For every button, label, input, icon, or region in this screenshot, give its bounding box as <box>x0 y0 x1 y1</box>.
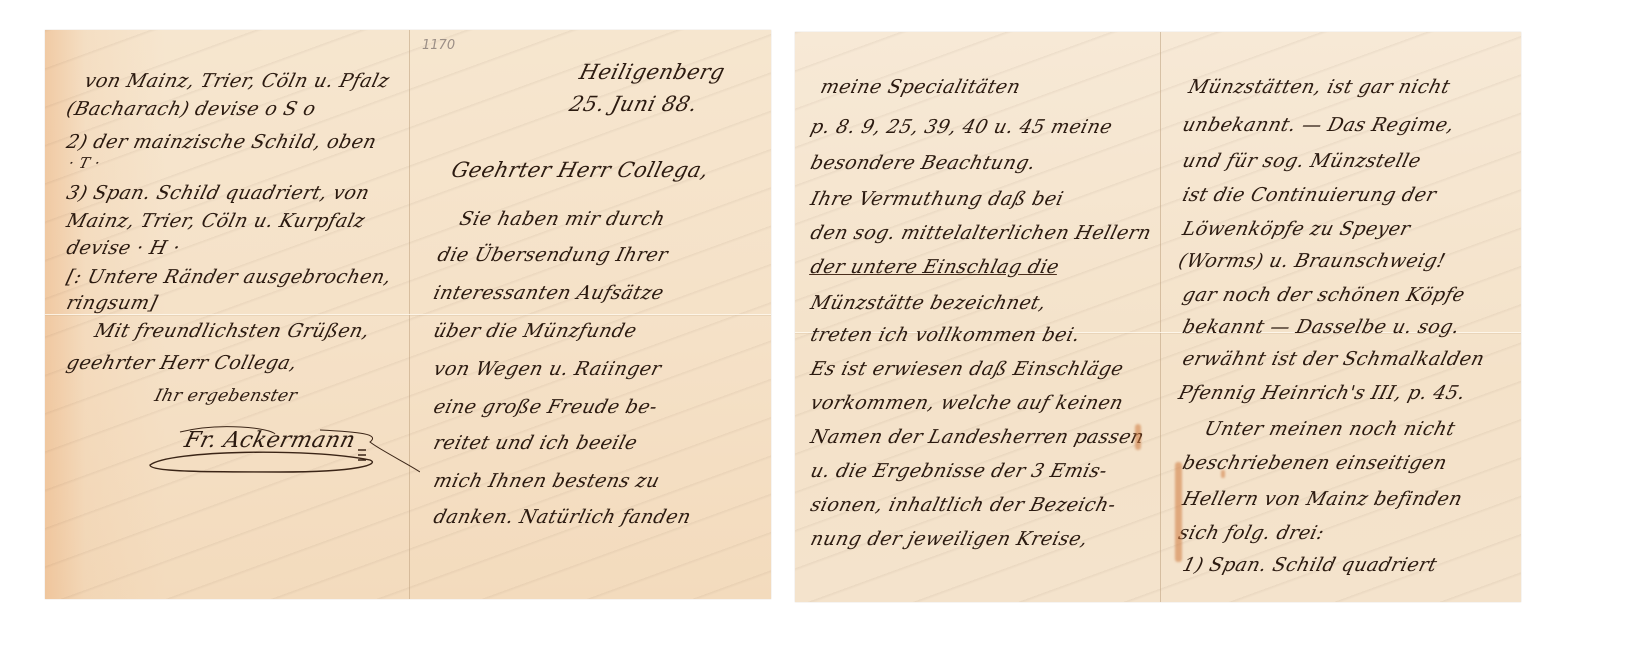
text-line: meine Specialitäten <box>818 76 1023 98</box>
text-line: ringsum] <box>64 292 160 314</box>
text-line: gar noch der schönen Köpfe <box>1180 284 1467 306</box>
text-line: besondere Beachtung. <box>808 152 1038 174</box>
text-line: Löwenköpfe zu Speyer <box>1180 218 1413 240</box>
text-line: 3) Span. Schild quadriert, von <box>64 182 372 204</box>
text-line: sich folg. drei: <box>1176 522 1326 544</box>
text-line: reitet und ich beeile <box>431 432 640 454</box>
text-line: p. 8. 9, 25, 39, 40 u. 45 meine <box>808 116 1115 138</box>
text-line: Pfennig Heinrich's III, p. 45. <box>1176 382 1468 404</box>
text-line: devise · H · <box>64 237 182 259</box>
letter-salutation: Geehrter Herr Collega, <box>449 158 711 182</box>
text-line: nung der jeweiligen Kreise, <box>808 528 1090 550</box>
ink-stain <box>1135 424 1141 450</box>
text-line: mich Ihnen bestens zu <box>431 470 662 492</box>
text-line: Münzstätte bezeichnet, <box>808 292 1048 314</box>
text-line: erwähnt ist der Schmalkalden <box>1180 348 1487 370</box>
text-line: treten ich vollkommen bei. <box>808 324 1082 346</box>
text-line: von Mainz, Trier, Cöln u. Pfalz <box>82 70 392 92</box>
text-line: Münzstätten, ist gar nicht <box>1186 76 1452 98</box>
text-line: sionen, inhaltlich der Bezeich- <box>808 494 1118 516</box>
text-line: Hellern von Mainz befinden <box>1180 488 1464 510</box>
text-line: (Bacharach) devise o S o <box>64 98 318 120</box>
text-line: unbekannt. — Das Regime, <box>1180 114 1456 136</box>
text-line: Namen der Landesherren passen <box>808 426 1146 448</box>
closing-line: geehrter Herr Collega, <box>64 352 299 374</box>
ink-stain <box>1175 462 1182 562</box>
page-a: von Mainz, Trier, Cöln u. Pfalz (Bachara… <box>45 30 409 599</box>
text-line: Sie haben mir durch <box>457 208 667 230</box>
page-c: meine Specialitäten p. 8. 9, 25, 39, 40 … <box>795 32 1160 602</box>
signature-flourish-icon <box>130 420 420 480</box>
text-line: eine große Freude be- <box>431 396 659 418</box>
text-line: die Übersendung Ihrer <box>435 244 670 266</box>
text-line: · T · <box>67 154 103 172</box>
text-line: [: Untere Ränder ausgebrochen, <box>64 266 393 288</box>
text-line: 1) Span. Schild quadriert <box>1180 554 1439 576</box>
letter-sheet-right: meine Specialitäten p. 8. 9, 25, 39, 40 … <box>795 32 1521 602</box>
text-line: Unter meinen noch nicht <box>1202 418 1457 440</box>
text-line: u. die Ergebnisse der 3 Emis- <box>808 460 1109 482</box>
text-line: über die Münzfunde <box>431 320 639 342</box>
text-line: Ihre Vermuthung daß bei <box>808 188 1066 210</box>
text-line: danken. Natürlich fanden <box>431 506 693 528</box>
closing-line: Mit freundlichsten Grüßen, <box>92 320 372 342</box>
text-line: Es ist erwiesen daß Einschläge <box>808 358 1126 380</box>
ink-stain <box>1221 470 1225 478</box>
archive-number: 1170 <box>422 38 455 53</box>
text-line: (Worms) u. Braunschweig! <box>1176 250 1448 272</box>
text-line: vorkommen, welche auf keinen <box>808 392 1125 414</box>
text-line: ist die Continuierung der <box>1180 184 1438 206</box>
closing-line: Ihr ergebenster <box>153 386 300 406</box>
page-d: Münzstätten, ist gar nicht unbekannt. — … <box>1161 32 1521 602</box>
letter-sheet-left: von Mainz, Trier, Cöln u. Pfalz (Bachara… <box>45 30 771 599</box>
text-line: bekannt — Dasselbe u. sog. <box>1180 316 1462 338</box>
text-line: und für sog. Münzstelle <box>1180 150 1423 172</box>
letter-place: Heiligenberg <box>577 60 727 84</box>
page-b: 1170 Heiligenberg 25. Juni 88. Geehrter … <box>410 30 771 599</box>
letter-date: 25. Juni 88. <box>567 92 700 116</box>
text-line: 2) der mainzische Schild, oben <box>64 131 379 153</box>
text-line: interessanten Aufsätze <box>431 282 666 304</box>
text-line: Mainz, Trier, Cöln u. Kurpfalz <box>64 210 367 232</box>
text-line: den sog. mittelalterlichen Hellern <box>808 222 1153 244</box>
text-line: von Wegen u. Raiinger <box>431 358 664 380</box>
text-line-underlined: der untere Einschlag die <box>808 256 1061 278</box>
